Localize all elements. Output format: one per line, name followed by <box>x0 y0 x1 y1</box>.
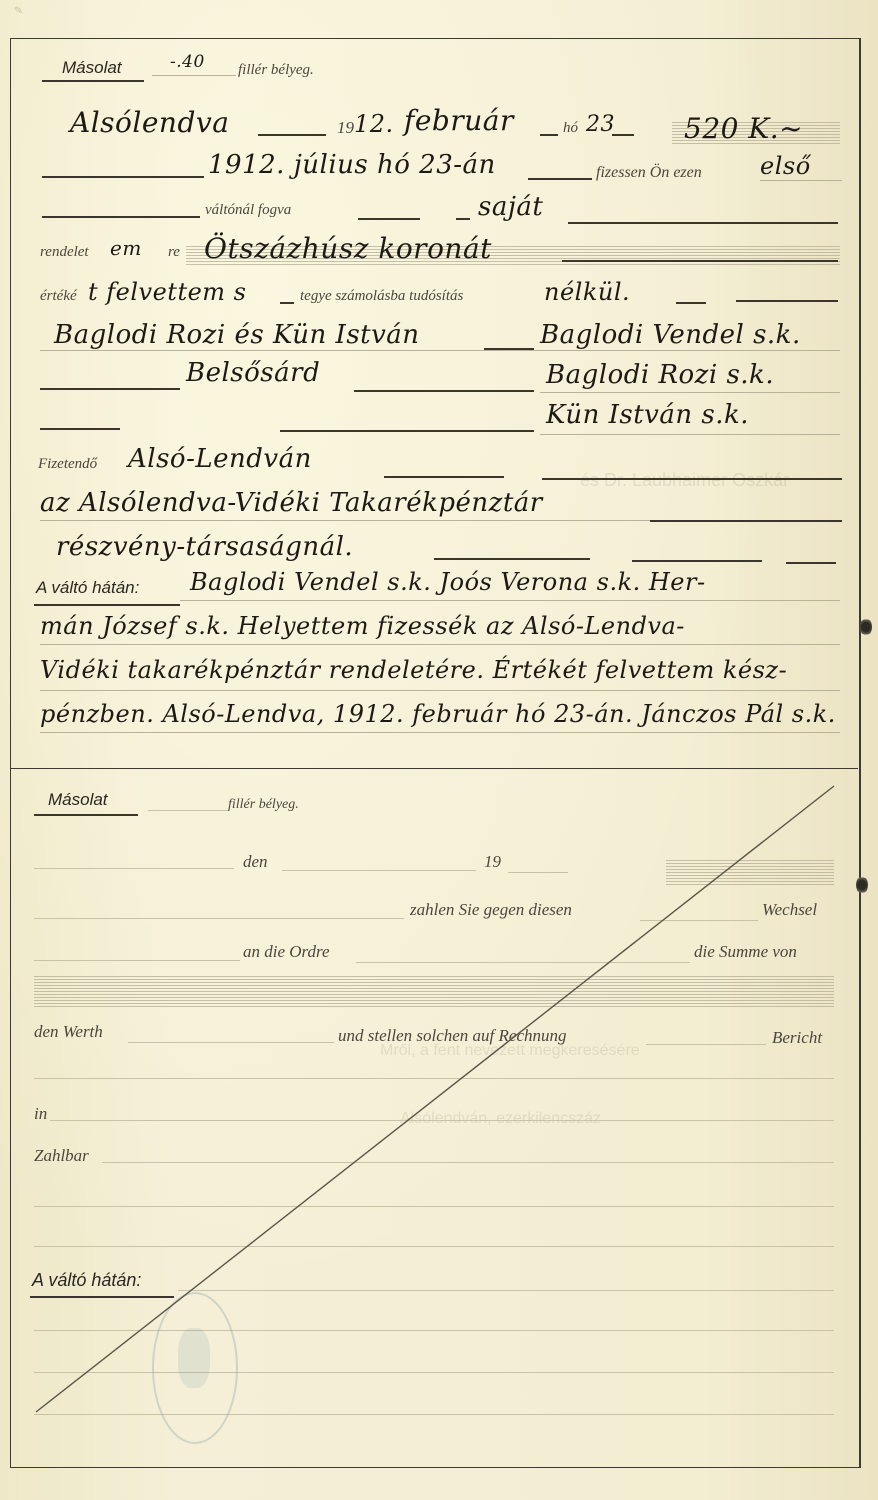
cross-out-line <box>0 0 878 1500</box>
punch-hole <box>856 876 868 894</box>
punch-hole <box>860 618 872 636</box>
